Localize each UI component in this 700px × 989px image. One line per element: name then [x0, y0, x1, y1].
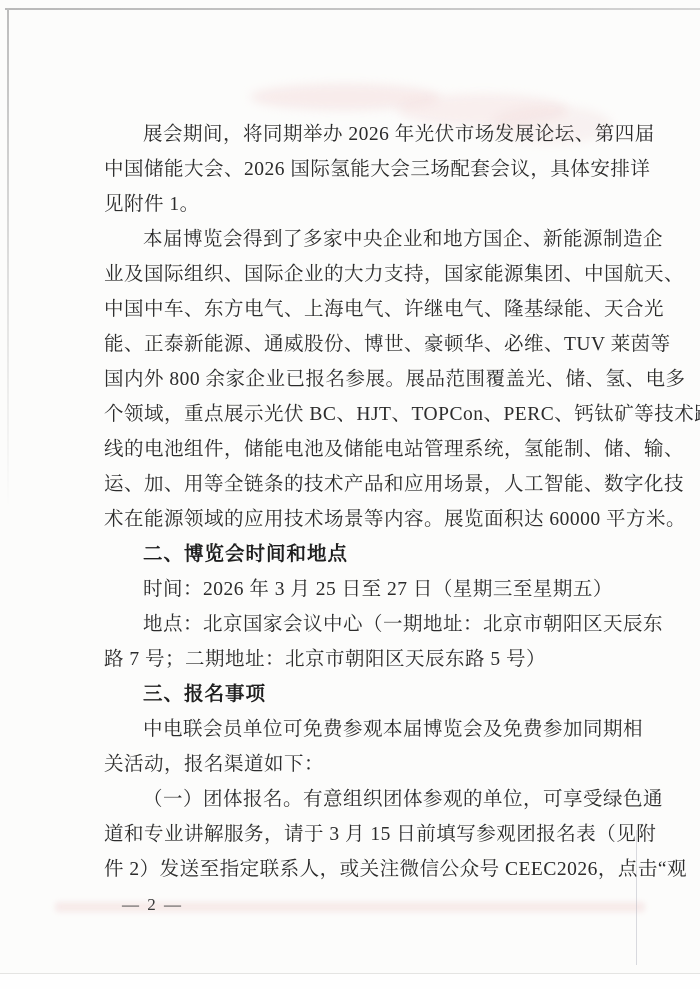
paragraph-line: 运、加、用等全链条的技术产品和应用场景，人工智能、数字化技	[104, 467, 630, 502]
scan-margin-bottom	[0, 974, 700, 989]
paragraph-line: （一）团体报名。有意组织团体参观的单位，可享受绿色通	[104, 782, 630, 817]
paragraph-line: 关活动，报名渠道如下：	[104, 747, 630, 782]
paragraph-line: 国内外 800 余家企业已报名参展。展品范围覆盖光、储、氢、电多	[104, 362, 630, 397]
paragraph-line: 道和专业讲解服务，请于 3 月 15 日前填写参观团报名表（见附	[104, 817, 630, 852]
scan-line-artifact	[636, 830, 637, 965]
paragraph-line: 展会期间，将同期举办 2026 年光伏市场发展论坛、第四届	[104, 117, 630, 152]
paragraph-line: 术在能源领域的应用技术场景等内容。展览面积达 60000 平方米。	[104, 502, 630, 537]
scan-edge-left	[7, 8, 9, 508]
paragraph-line: 地点：北京国家会议中心（一期地址：北京市朝阳区天辰东	[104, 607, 630, 642]
paragraph-line: 业及国际组织、国际企业的大力支持，国家能源集团、中国航天、	[104, 257, 630, 292]
document-page: 展会期间，将同期举办 2026 年光伏市场发展论坛、第四届 中国储能大会、202…	[0, 0, 700, 989]
paragraph-line: 线的电池组件，储能电池及储能电站管理系统，氢能制、储、输、	[104, 432, 630, 467]
page-number: — 2 —	[104, 887, 630, 922]
paragraph-line: 时间：2026 年 3 月 25 日至 27 日（星期三至星期五）	[104, 572, 630, 607]
section-heading-registration: 三、报名事项	[104, 677, 630, 712]
paragraph-line: 中国储能大会、2026 国际氢能大会三场配套会议，具体安排详	[104, 152, 630, 187]
paragraph-line: 中电联会员单位可免费参观本届博览会及免费参加同期相	[104, 712, 630, 747]
scan-edge-top	[5, 8, 700, 10]
paragraph-line: 能、正泰新能源、通威股份、博世、豪顿华、必维、TUV 莱茵等	[104, 327, 630, 362]
section-heading-venue-time: 二、博览会时间和地点	[104, 537, 630, 572]
paragraph-line: 中国中车、东方电气、上海电气、许继电气、隆基绿能、天合光	[104, 292, 630, 327]
paragraph-line: 路 7 号；二期地址：北京市朝阳区天辰东路 5 号）	[104, 642, 630, 677]
paragraph-line: 本届博览会得到了多家中央企业和地方国企、新能源制造企	[104, 222, 630, 257]
paragraph-line: 件 2）发送至指定联系人，或关注微信公众号 CEEC2026，点击“观	[104, 852, 630, 887]
paragraph-line: 个领域，重点展示光伏 BC、HJT、TOPCon、PERC、钙钛矿等技术路	[104, 397, 630, 432]
paragraph-line: 见附件 1。	[104, 187, 630, 222]
document-content: 展会期间，将同期举办 2026 年光伏市场发展论坛、第四届 中国储能大会、202…	[104, 117, 630, 922]
